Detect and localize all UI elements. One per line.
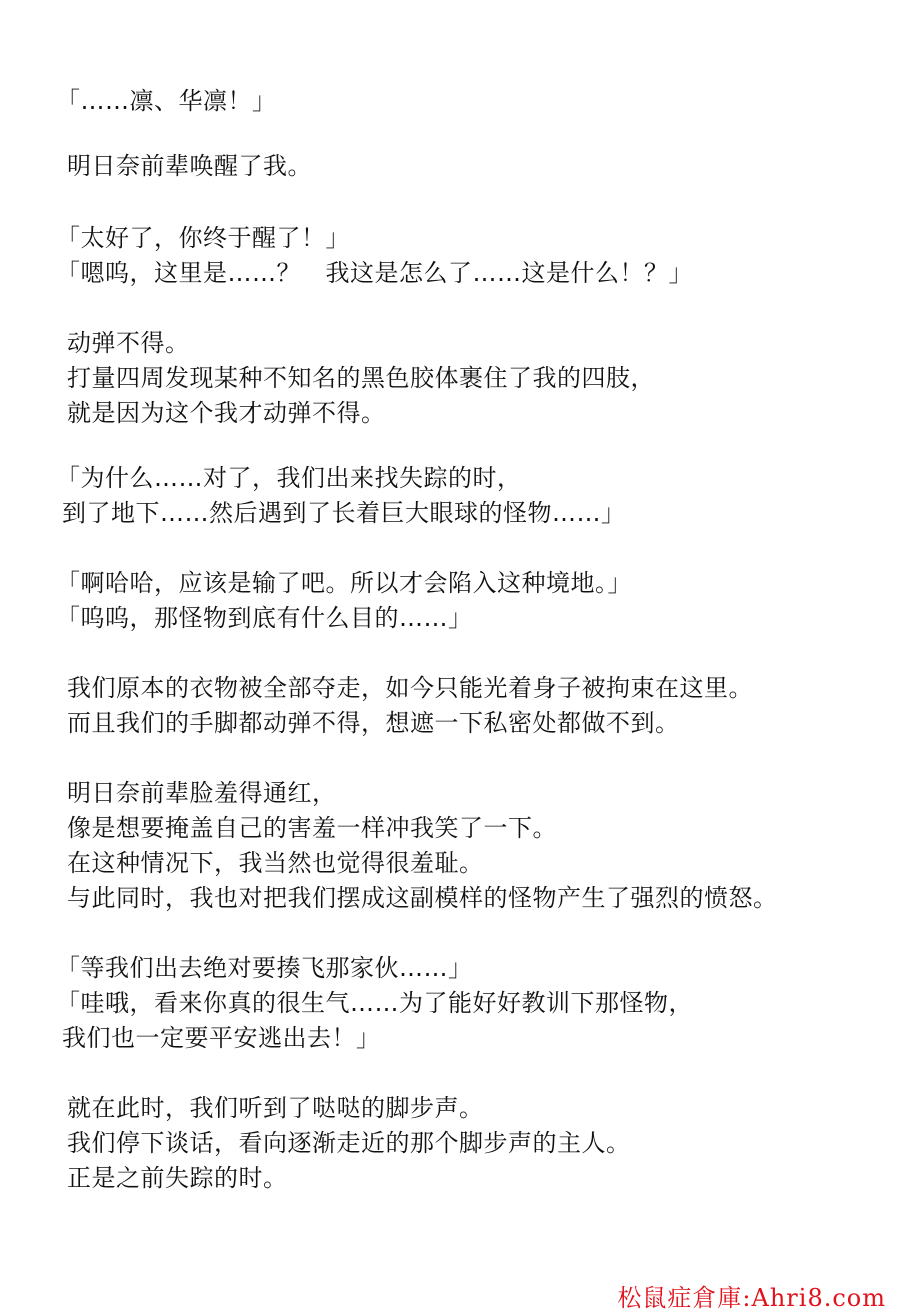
narration-line: 我们原本的衣物被全部夺走，如今只能光着身子被拘束在这里。 — [67, 673, 753, 703]
dialogue-line: 「……凛、华凛！」 — [56, 86, 277, 116]
narration-line: 就是因为这个我才动弹不得。 — [67, 398, 386, 428]
narration-line: 而且我们的手脚都动弹不得，想遮一下私密处都做不到。 — [67, 708, 680, 738]
dialogue-line: 「啊哈哈，应该是输了吧。所以才会陷入这种境地。」 — [56, 568, 632, 598]
dialogue-line: 「等我们出去绝对要揍飞那家伙……」 — [56, 953, 473, 983]
narration-line: 像是想要掩盖自己的害羞一样冲我笑了一下。 — [67, 813, 557, 843]
narration-line: 正是之前失踪的时。 — [67, 1163, 288, 1193]
watermark: 松鼠症倉庫:Ahri8.com — [617, 1278, 886, 1313]
dialogue-line: 「哇哦，看来你真的很生气……为了能好好教训下那怪物， — [56, 988, 693, 1018]
dialogue-line: 「太好了，你终于醒了！」 — [56, 223, 350, 253]
dialogue-line: 「嗯呜，这里是……？ 我这是怎么了……这是什么！？」 — [56, 258, 693, 288]
dialogue-line: 「为什么……对了，我们出来找失踪的时， — [56, 463, 522, 493]
narration-line: 明日奈前辈脸羞得通红， — [67, 778, 337, 808]
narration-line: 我们停下谈话，看向逐渐走近的那个脚步声的主人。 — [67, 1128, 631, 1158]
narration-line: 动弹不得。 — [67, 328, 190, 358]
narration-line: 与此同时，我也对把我们摆成这副模样的怪物产生了强烈的愤怒。 — [67, 883, 778, 913]
narration-line: 明日奈前辈唤醒了我。 — [67, 151, 312, 181]
dialogue-line: 「呜呜，那怪物到底有什么目的……」 — [56, 603, 473, 633]
dialogue-continuation-line: 到了地下……然后遇到了长着巨大眼球的怪物……」 — [62, 498, 626, 528]
narration-line: 就在此时，我们听到了哒哒的脚步声。 — [67, 1093, 484, 1123]
narration-line: 在这种情况下，我当然也觉得很羞耻。 — [67, 848, 484, 878]
narration-line: 打量四周发现某种不知名的黑色胶体裹住了我的四肢， — [67, 363, 655, 393]
dialogue-continuation-line: 我们也一定要平安逃出去！」 — [62, 1023, 381, 1053]
